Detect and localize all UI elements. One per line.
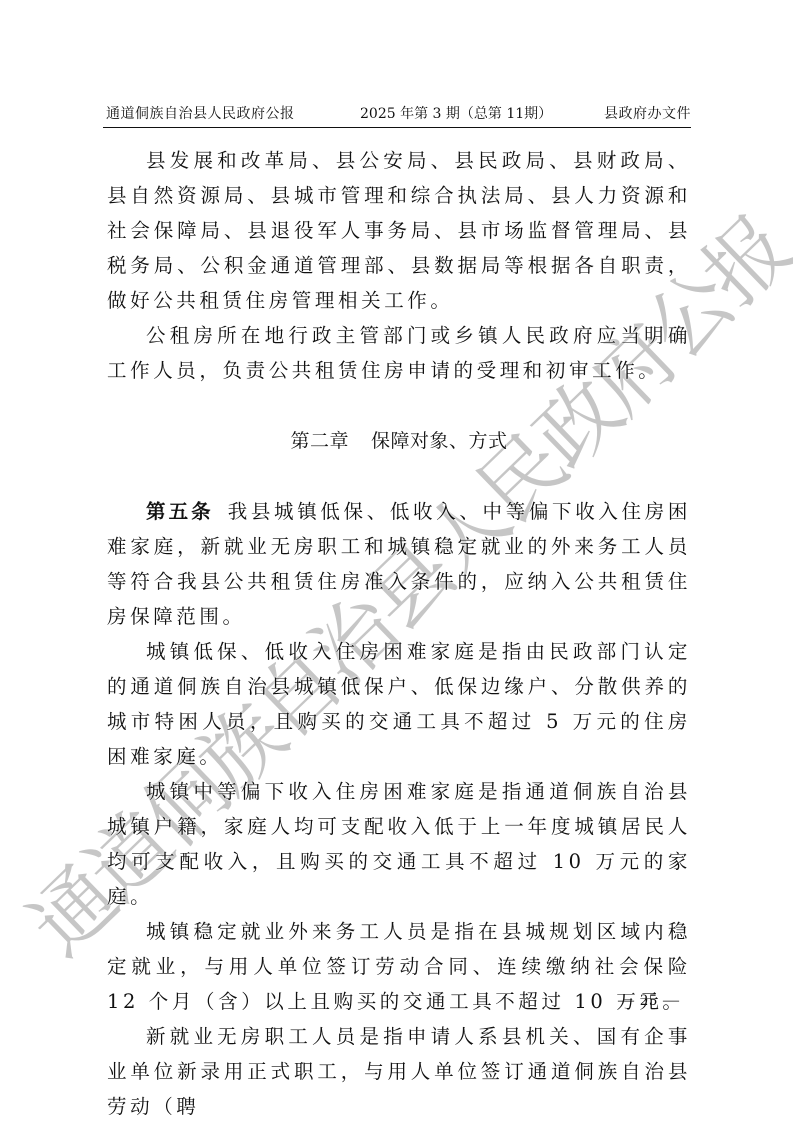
paragraph: 城镇稳定就业外来务工人员是指在县城规划区域内稳定就业，与用人单位签订劳动合同、连… [107,914,691,1019]
paragraph: 新就业无房职工人员是指申请人系县机关、国有企事业单位新录用正式职工，与用人单位签… [107,1019,691,1122]
article-paragraph: 第五条我县城镇低保、低收入、中等偏下收入住房困难家庭，新就业无房职工和城镇稳定就… [107,494,691,634]
running-header: 通道侗族自治县人民政府公报 2025 年第 3 期（总第 11期） 县政府办文件 [104,103,691,125]
paragraph: 公租房所在地行政主管部门或乡镇人民政府应当明确工作人员，负责公共租赁住房申请的受… [107,318,691,388]
document-category: 县政府办文件 [604,103,691,125]
chapter-number: 第二章 [290,430,349,452]
paragraph: 城镇低保、低收入住房困难家庭是指由民政部门认定的通道侗族自治县城镇低保户、低保边… [107,634,691,774]
document-page: 通道侗族自治县人民政府公报 通道侗族自治县人民政府公报 2025 年第 3 期（… [0,0,793,1122]
page-number: — 25 — [618,990,680,1012]
paragraph: 城镇中等偏下收入住房困难家庭是指通道侗族自治县城镇户籍，家庭人均可支配收入低于上… [107,774,691,914]
issue-info: 2025 年第 3 期（总第 11期） [360,103,552,125]
gazette-title: 通道侗族自治县人民政府公报 [106,103,295,125]
document-body: 县发展和改革局、县公安局、县民政局、县财政局、县自然资源局、县城市管理和综合执法… [107,143,691,1122]
chapter-title: 保障对象、方式 [371,430,508,452]
chapter-heading: 第二章保障对象、方式 [107,424,691,459]
article-number: 第五条 [146,500,214,523]
header-rule [103,127,691,128]
paragraph: 县发展和改革局、县公安局、县民政局、县财政局、县自然资源局、县城市管理和综合执法… [107,143,691,318]
